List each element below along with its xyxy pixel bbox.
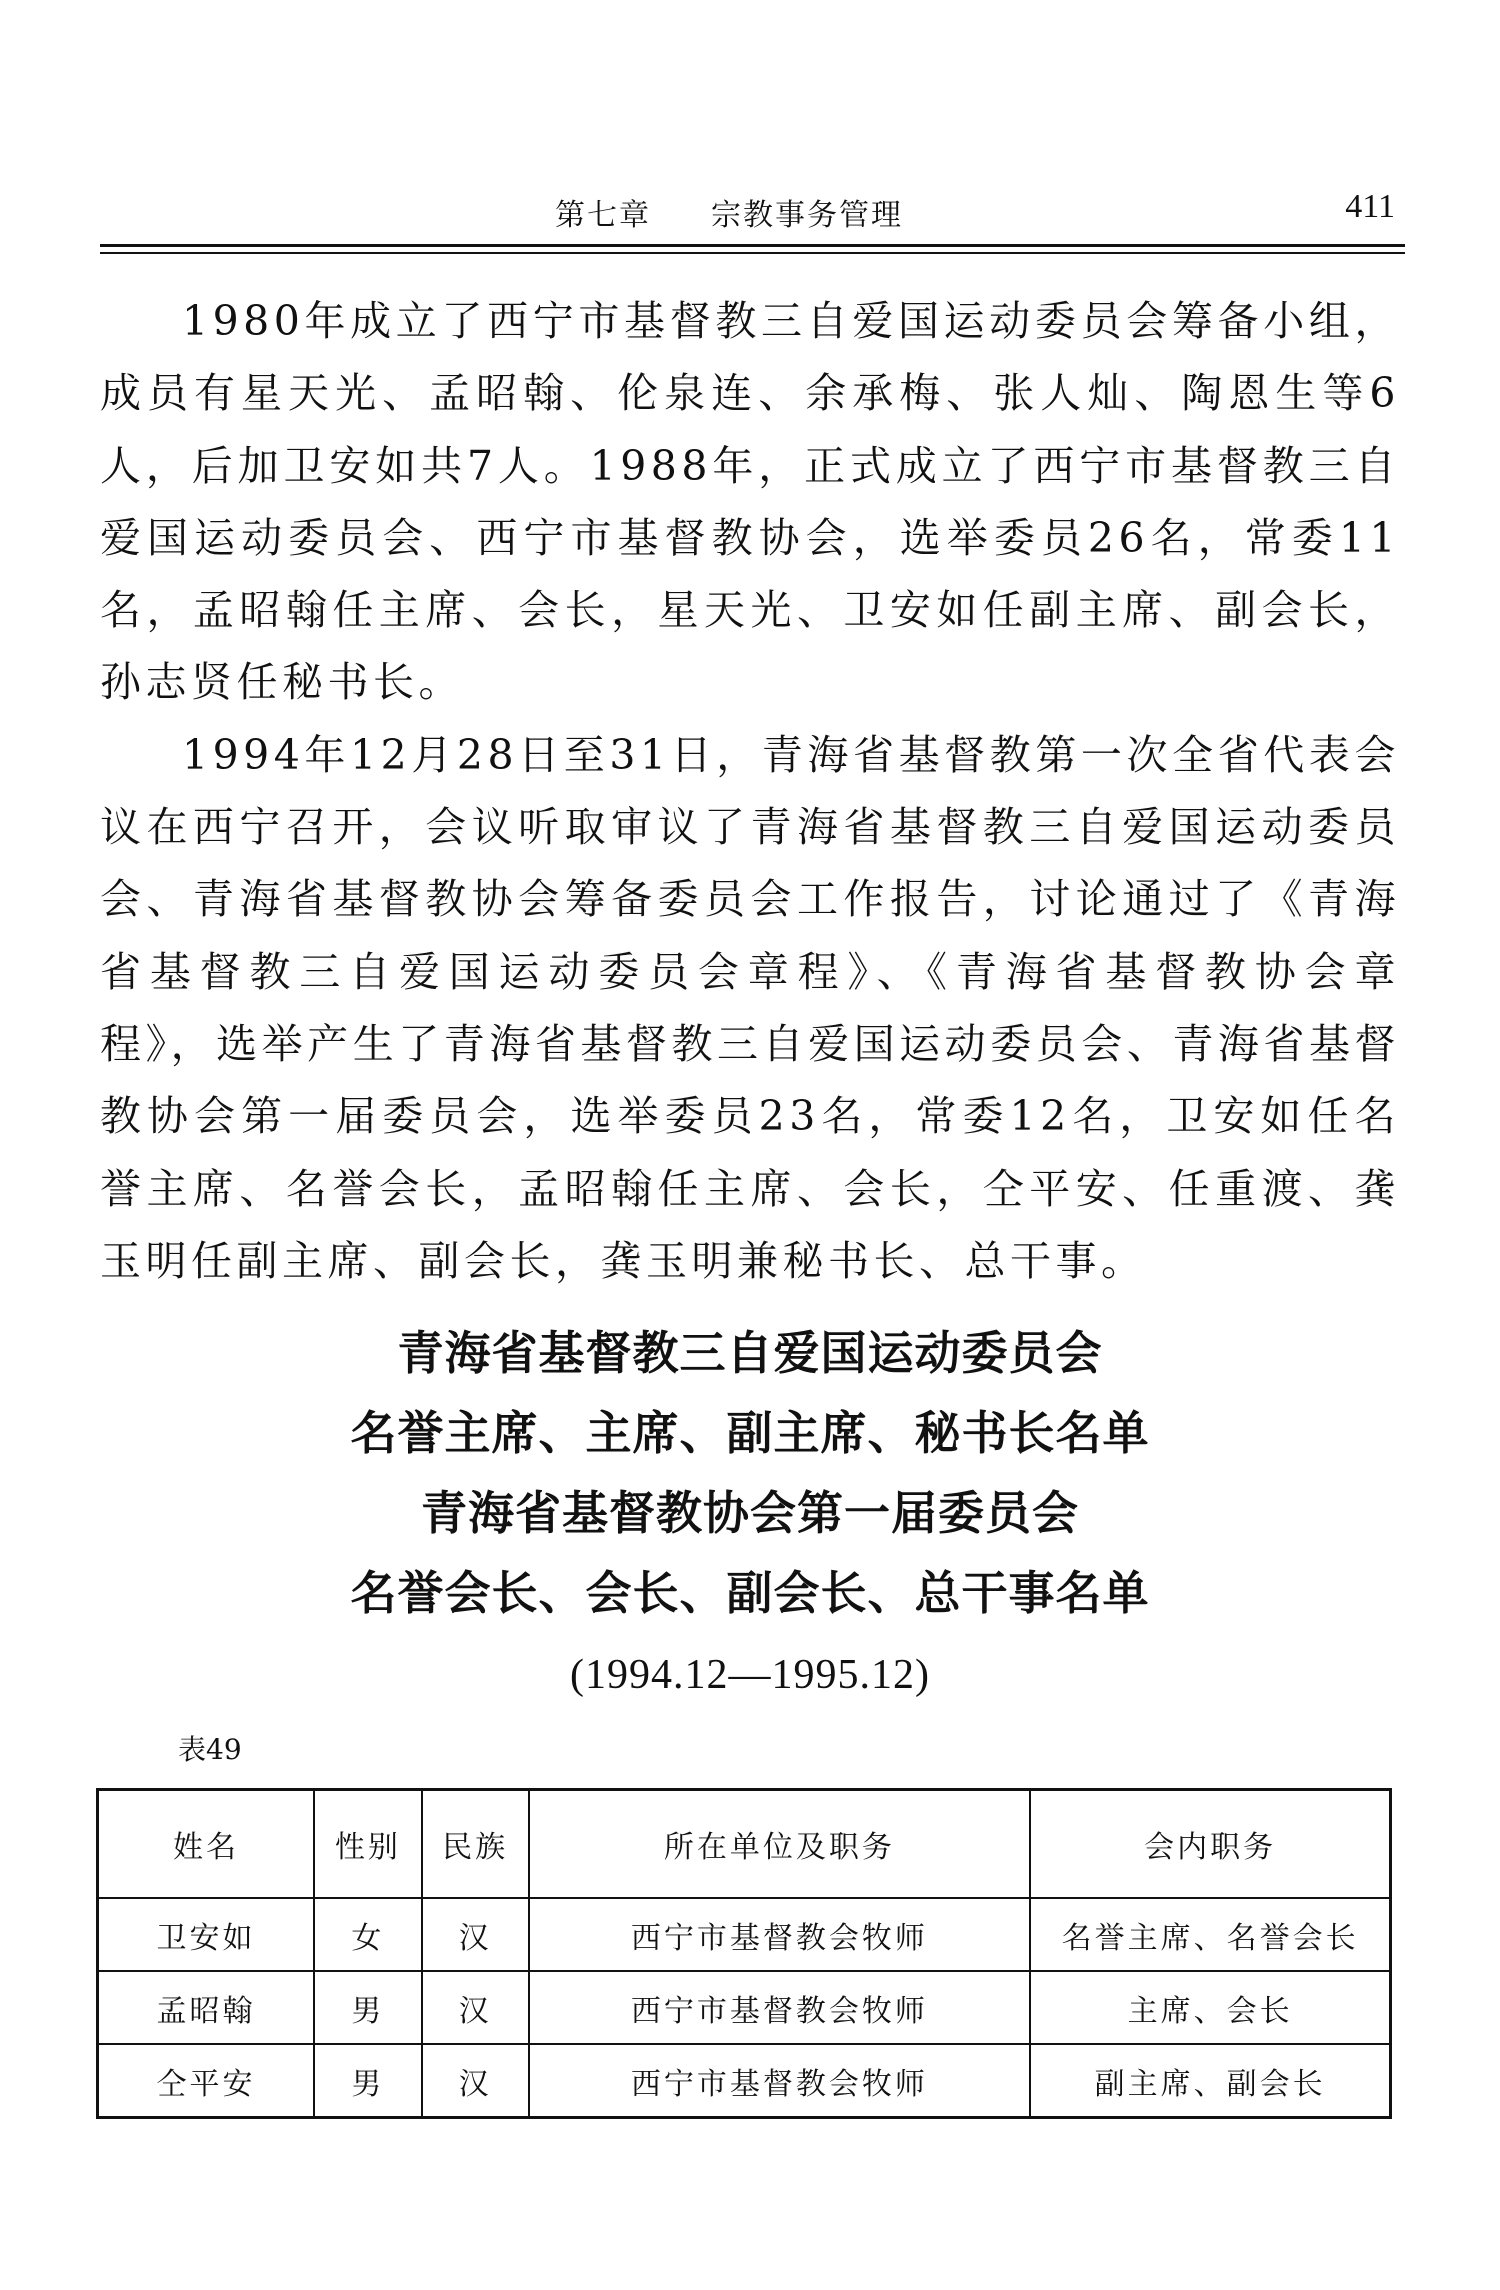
page-header: 第七章宗教事务管理 411 — [100, 180, 1405, 240]
table-row: 卫安如 女 汉 西宁市基督教会牧师 名誉主席、名誉会长 — [98, 1898, 1391, 1971]
date-range: (1994.12—1995.12) — [100, 1633, 1400, 1717]
page-number: 411 — [1345, 188, 1395, 226]
table-title-line: 青海省基督教协会第一届委员会 — [100, 1473, 1400, 1553]
column-header-gender: 性别 — [314, 1790, 422, 1899]
cell-unit-position: 西宁市基督教会牧师 — [529, 2044, 1031, 2118]
section-title: 宗教事务管理 — [711, 198, 903, 233]
table-row: 孟昭翰 男 汉 西宁市基督教会牧师 主席、会长 — [98, 1971, 1391, 2044]
table-title-line: 名誉会长、会长、副会长、总干事名单 — [100, 1553, 1400, 1633]
cell-name: 孟昭翰 — [98, 1971, 314, 2044]
table-label: 表49 — [178, 1728, 242, 1768]
column-header-name: 姓名 — [98, 1790, 314, 1899]
table-row: 仝平安 男 汉 西宁市基督教会牧师 副主席、副会长 — [98, 2044, 1391, 2118]
cell-gender: 男 — [314, 1971, 422, 2044]
cell-association-role: 副主席、副会长 — [1030, 2044, 1390, 2118]
cell-ethnicity: 汉 — [422, 1898, 529, 1971]
table-title-line: 名誉主席、主席、副主席、秘书长名单 — [100, 1393, 1400, 1473]
table-header-row: 姓名 性别 民族 所在单位及职务 会内职务 — [98, 1790, 1391, 1899]
running-head: 第七章宗教事务管理 — [555, 190, 903, 234]
cell-name: 卫安如 — [98, 1898, 314, 1971]
cell-gender: 女 — [314, 1898, 422, 1971]
body-text: 1980年成立了西宁市基督教三自爱国运动委员会筹备小组，成员有星天光、孟昭翰、伦… — [100, 285, 1400, 1297]
column-header-unit-position: 所在单位及职务 — [529, 1790, 1031, 1899]
cell-unit-position: 西宁市基督教会牧师 — [529, 1898, 1031, 1971]
cell-ethnicity: 汉 — [422, 2044, 529, 2118]
cell-association-role: 主席、会长 — [1030, 1971, 1390, 2044]
cell-unit-position: 西宁市基督教会牧师 — [529, 1971, 1031, 2044]
table-title-block: 青海省基督教三自爱国运动委员会 名誉主席、主席、副主席、秘书长名单 青海省基督教… — [100, 1313, 1400, 1717]
cell-ethnicity: 汉 — [422, 1971, 529, 2044]
cell-name: 仝平安 — [98, 2044, 314, 2118]
header-double-rule — [100, 244, 1405, 254]
roster-table: 姓名 性别 民族 所在单位及职务 会内职务 卫安如 女 汉 西宁市基督教会牧师 … — [96, 1788, 1392, 2119]
cell-association-role: 名誉主席、名誉会长 — [1030, 1898, 1390, 1971]
paragraph: 1980年成立了西宁市基督教三自爱国运动委员会筹备小组，成员有星天光、孟昭翰、伦… — [100, 285, 1400, 719]
table-title-line: 青海省基督教三自爱国运动委员会 — [100, 1313, 1400, 1393]
column-header-association-role: 会内职务 — [1030, 1790, 1390, 1899]
chapter-label: 第七章 — [555, 198, 651, 233]
cell-gender: 男 — [314, 2044, 422, 2118]
column-header-ethnicity: 民族 — [422, 1790, 529, 1899]
paragraph: 1994年12月28日至31日，青海省基督教第一次全省代表会议在西宁召开，会议听… — [100, 719, 1400, 1297]
